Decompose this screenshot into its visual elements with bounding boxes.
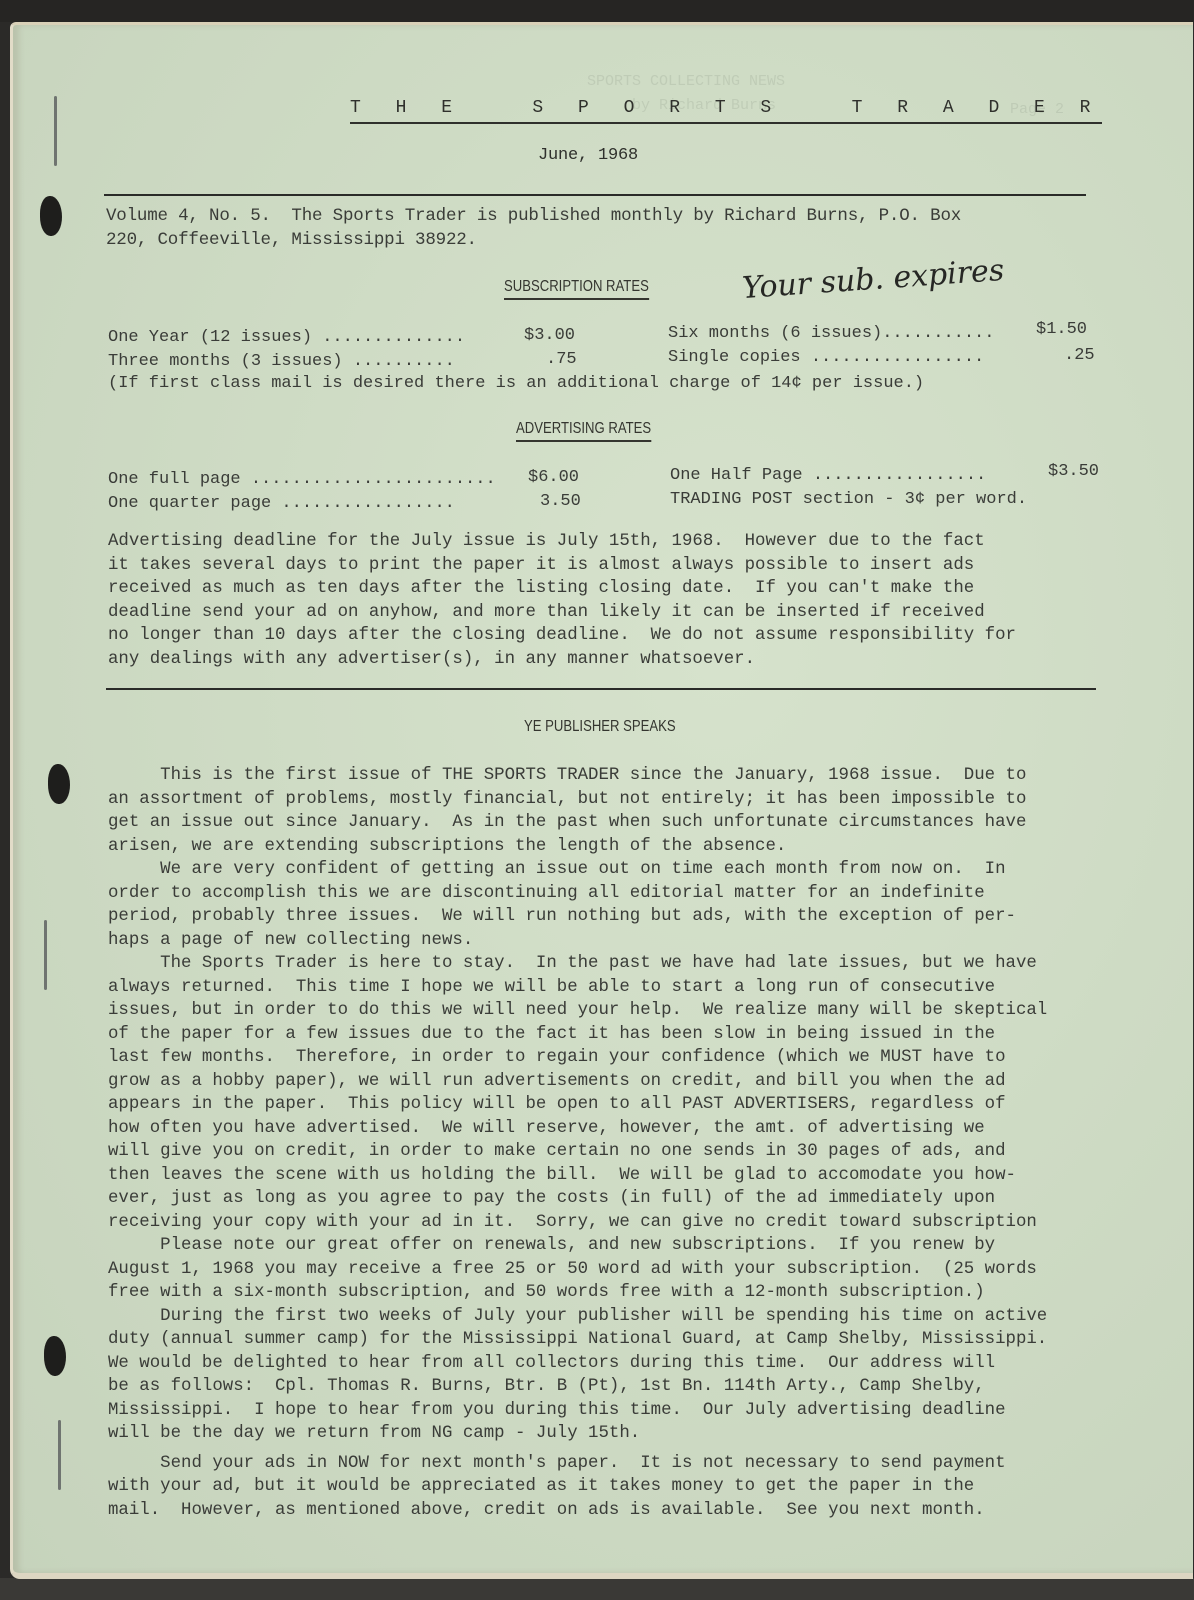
paragraph-line: mail. However, as mentioned above, credi… [108,1499,1098,1523]
advertising-rates-heading: ADVERTISING RATES [516,420,651,442]
paragraph-line: then leaves the scene with us holding th… [108,1164,1098,1188]
paragraph-line: We are very confident of getting an issu… [108,858,1098,882]
section-divider [106,688,1096,690]
paragraph-line: Please note our great offer on renewals,… [108,1234,1098,1258]
paragraph-line: no longer than 10 days after the closing… [108,624,1098,648]
deadline-paragraph: Advertising deadline for the July issue … [108,530,1098,671]
staple-mark [54,96,57,166]
paragraph-line: free with a six-month subscription, and … [108,1281,1098,1305]
ad-rate-label: One Half Page ................. [670,466,986,485]
newsletter-title: T H E S P O R T S T R A D E R [350,98,1102,124]
paragraph-line: duty (annual summer camp) for the Missis… [108,1328,1098,1352]
paragraph-line: ever, just as long as you agree to pay t… [108,1187,1098,1211]
paragraph-line: issues, but in order to do this we will … [108,999,1098,1023]
ad-rate-label: One full page ........................ [108,470,496,489]
punch-hole [48,764,70,804]
subscription-rates-heading: SUBSCRIPTION RATES [504,278,649,300]
rate-label: One Year (12 issues) .............. [108,328,465,347]
ad-rate-label: One quarter page ................. [108,494,455,513]
paragraph-line: order to accomplish this we are disconti… [108,882,1098,906]
rate-price: .75 [546,350,577,369]
rate-price: $3.00 [524,326,575,345]
publisher-speaks-heading: YE PUBLISHER SPEAKS [524,718,676,736]
paragraph-line: appears in the paper. This policy will b… [108,1093,1098,1117]
paragraph-line: an assortment of problems, mostly financ… [108,788,1098,812]
paragraph-line: deadline send your ad on anyhow, and mor… [108,601,1098,625]
paragraph-line: Advertising deadline for the July issue … [108,530,1098,554]
paragraph-line: how often you have advertised. We will r… [108,1117,1098,1141]
paragraph-line: always returned. This time I hope we wil… [108,976,1098,1000]
ad-rate-price: $3.50 [1048,462,1099,481]
paragraph-line: Send your ads in NOW for next month's pa… [108,1452,1098,1476]
paragraph-line: received as much as ten days after the l… [108,577,1098,601]
staple-mark [58,1420,61,1490]
paragraph-line: grow as a hobby paper), we will run adve… [108,1070,1098,1094]
paragraph-line: haps a page of new collecting news. [108,929,1098,953]
publication-info-line: 220, Coffeeville, Mississippi 38922. [106,230,477,250]
ad-rate-price: $6.00 [528,468,579,487]
paragraph-line: with your ad, but it would be appreciate… [108,1475,1098,1499]
paragraph-line: any dealings with any advertiser(s), in … [108,648,1098,672]
punch-hole [40,196,62,236]
first-class-mail-note: (If first class mail is desired there is… [108,374,924,393]
punch-hole [44,1336,66,1376]
paragraph-line: get an issue out since January. As in th… [108,811,1098,835]
header-divider [104,194,1086,196]
rate-price: .25 [1064,346,1095,365]
paragraph-line: We would be delighted to hear from all c… [108,1352,1098,1376]
paragraph-line: Mississippi. I hope to hear from you dur… [108,1399,1098,1423]
ad-rate-price: 3.50 [540,492,581,511]
publication-info-line: Volume 4, No. 5. The Sports Trader is pu… [106,206,961,226]
paragraph-line: receiving your copy with your ad in it. … [108,1211,1098,1235]
rate-label: Six months (6 issues)........... [668,324,994,343]
paragraph-line: This is the first issue of THE SPORTS TR… [108,764,1098,788]
staple-mark [44,920,47,990]
scanner-background-top [0,0,1194,22]
paragraph-line: August 1, 1968 you may receive a free 25… [108,1258,1098,1282]
paragraph-line: arisen, we are extending subscriptions t… [108,835,1098,859]
paragraph-line: The Sports Trader is here to stay. In th… [108,952,1098,976]
rate-price: $1.50 [1036,320,1087,339]
paragraph-line: will give you on credit, in order to mak… [108,1140,1098,1164]
paragraph-line: be as follows: Cpl. Thomas R. Burns, Btr… [108,1375,1098,1399]
paragraph-line: During the first two weeks of July your … [108,1305,1098,1329]
paragraph-line: of the paper for a few issues due to the… [108,1023,1098,1047]
issue-date: June, 1968 [538,146,638,165]
scanner-background-bottom [0,1578,1194,1600]
paragraph-line: last few months. Therefore, in order to … [108,1046,1098,1070]
publisher-speaks-body: This is the first issue of THE SPORTS TR… [108,764,1098,1522]
paragraph-line: period, probably three issues. We will r… [108,905,1098,929]
paragraph-line: it takes several days to print the paper… [108,554,1098,578]
paragraph-line: will be the day we return from NG camp -… [108,1422,1098,1446]
trading-post-rate: TRADING POST section - 3¢ per word. [670,490,1027,509]
rate-label: Single copies ................. [668,348,984,367]
rate-label: Three months (3 issues) .......... [108,352,455,371]
